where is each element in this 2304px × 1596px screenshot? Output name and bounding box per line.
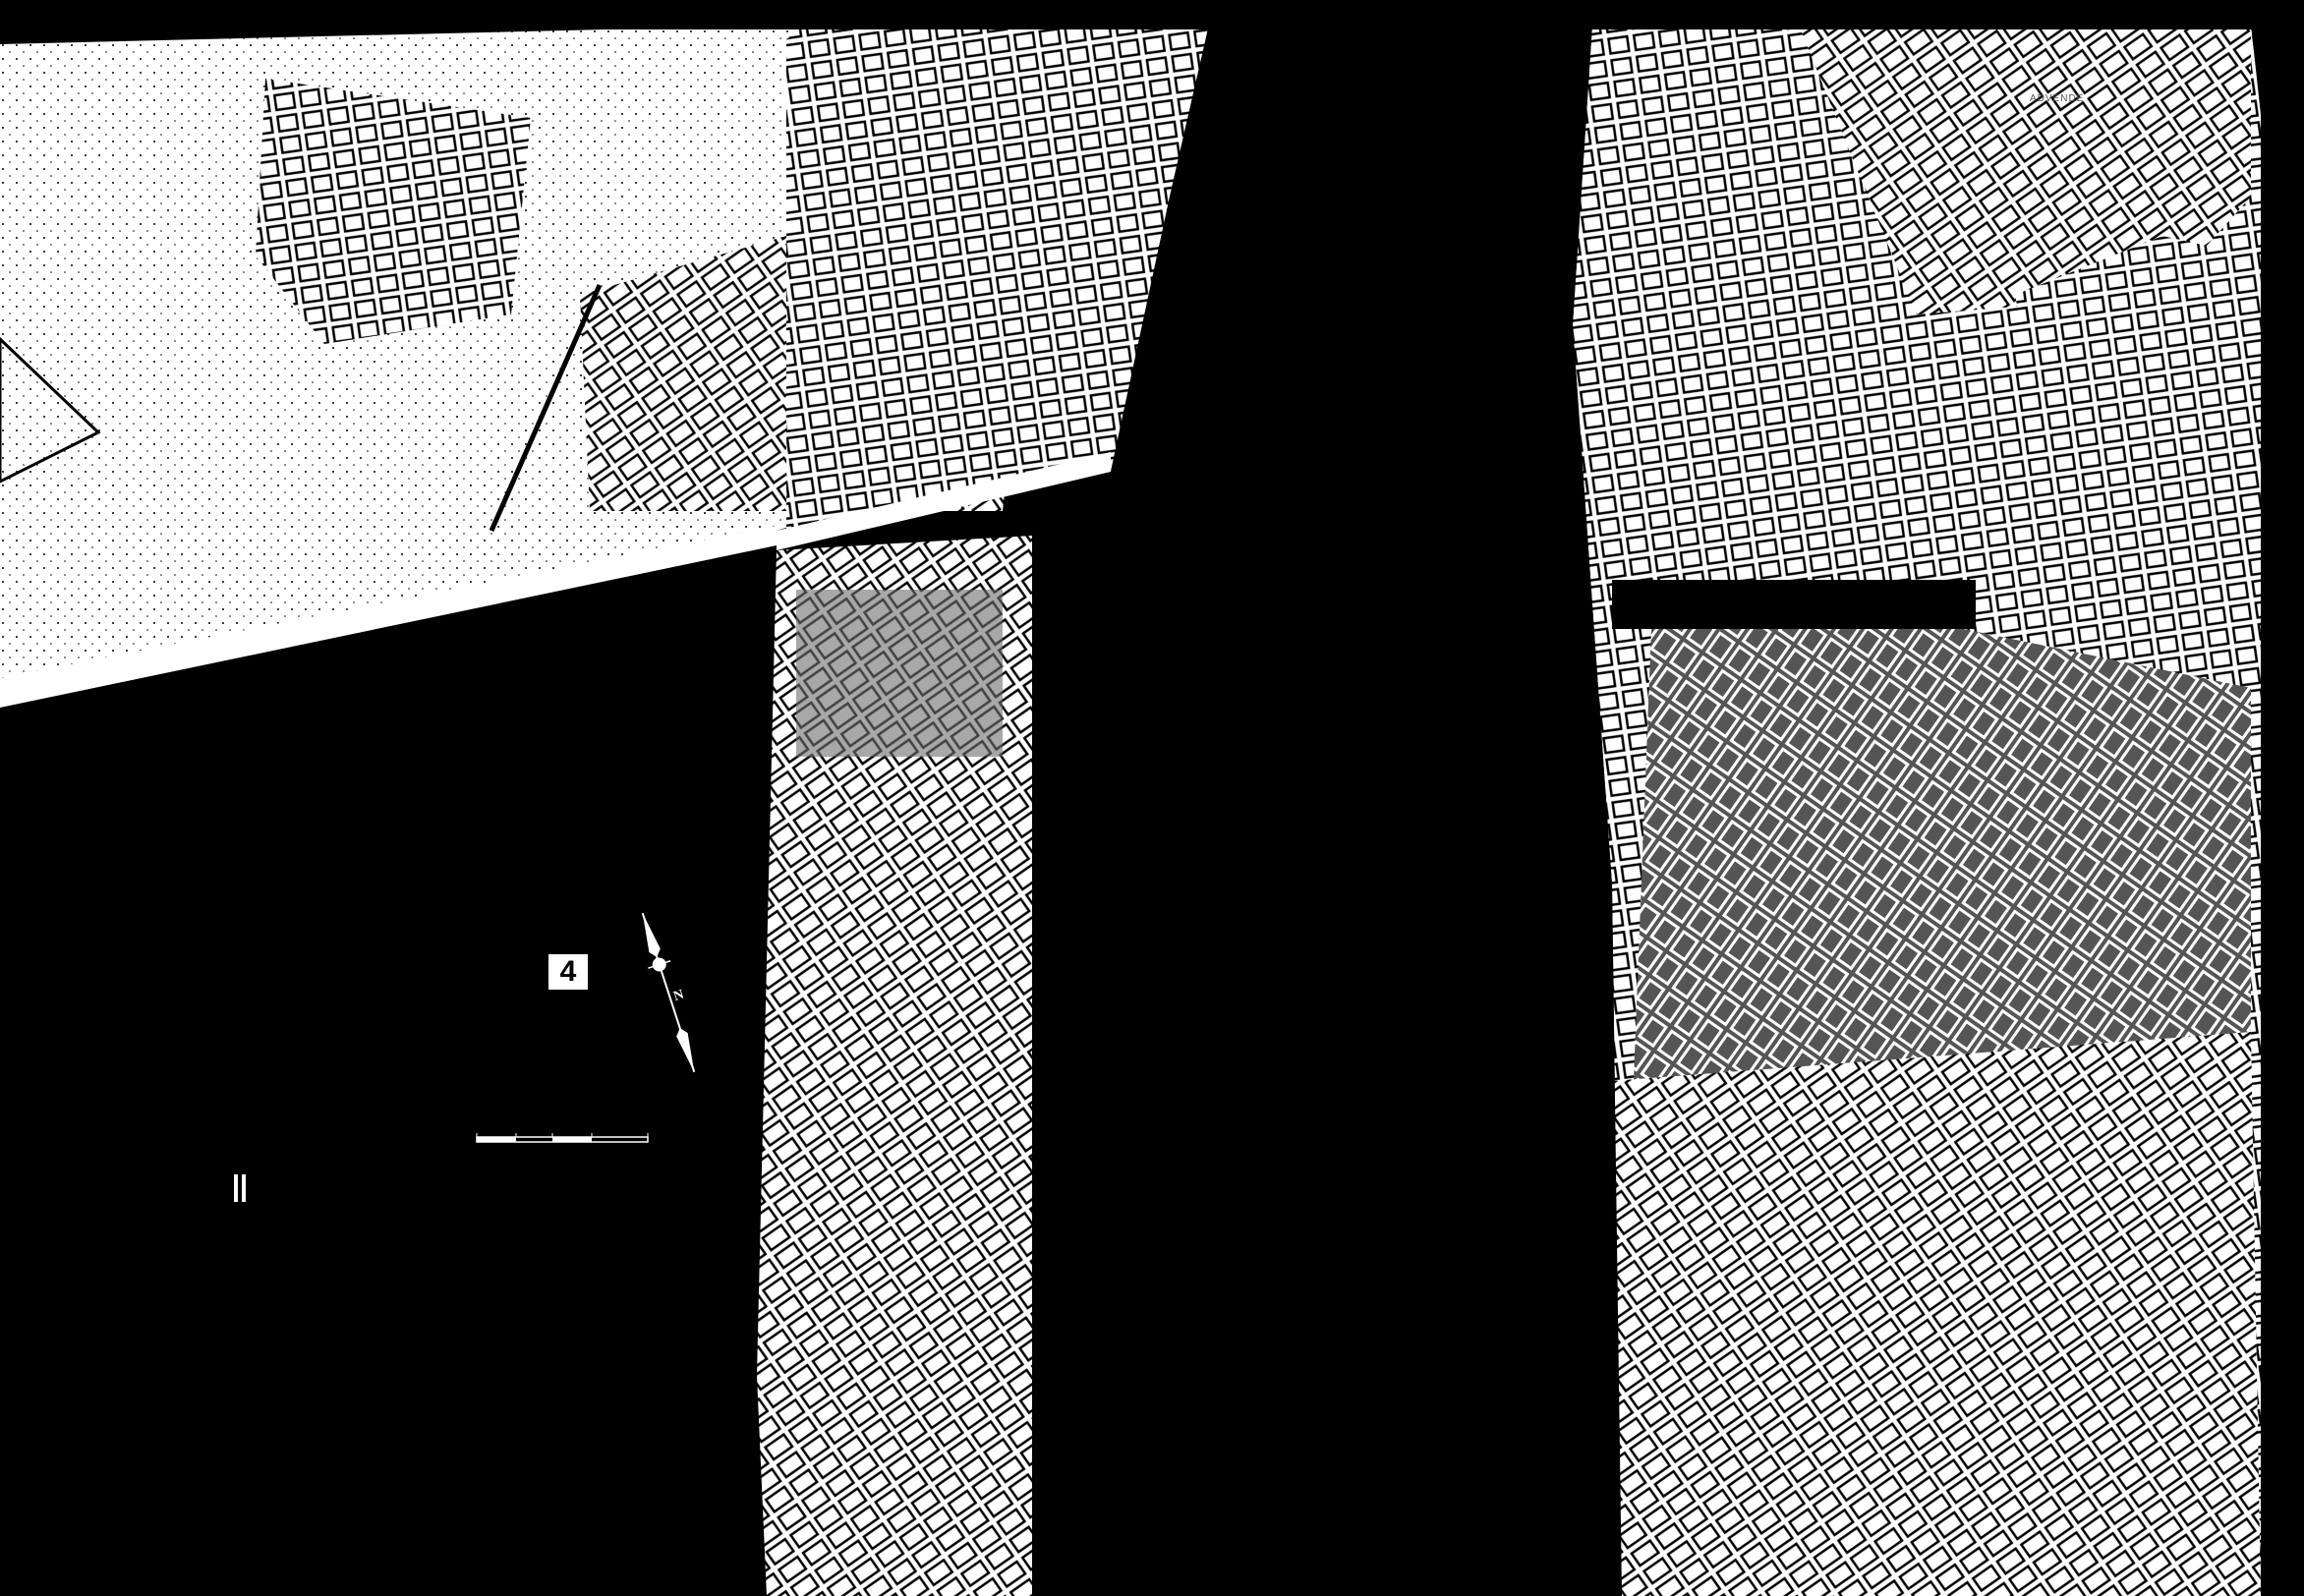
north-arrow-icon: N: [639, 904, 698, 1081]
map-canvas: [0, 0, 2304, 1596]
map-region-right: [1573, 25, 2280, 1596]
north-letter: N: [671, 988, 685, 1004]
map-strip-left: [757, 536, 1037, 1596]
sheet-number-label: 4: [548, 954, 588, 990]
scale-bar-icon: [474, 1125, 651, 1155]
registration-mark-icon: [232, 1172, 248, 1206]
map-annotation-text: ADVENDE: [2030, 93, 2084, 104]
